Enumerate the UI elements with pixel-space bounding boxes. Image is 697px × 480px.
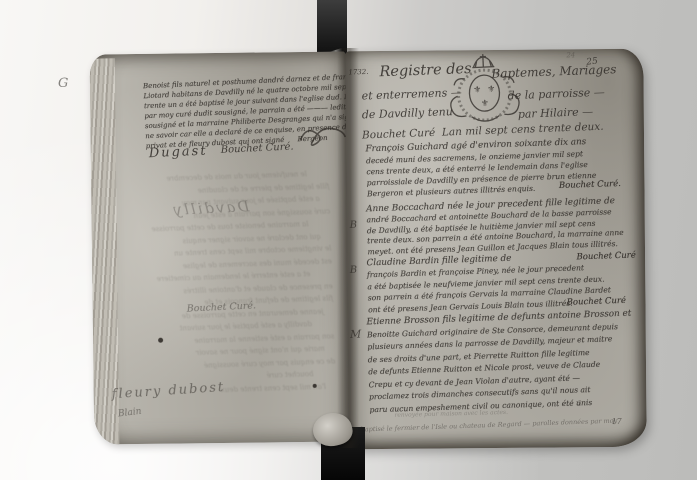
entry-lines: Etienne Brosson fils legitime de defunts…	[366, 308, 635, 417]
bottom-margin-mark: 5	[577, 399, 581, 407]
entry-margin-letter: B	[350, 221, 358, 232]
bottom-scrawl-signature-2: Blain	[118, 407, 143, 420]
page-number: 25	[586, 57, 599, 68]
register-title-line3-left: de Davdilly tenu	[362, 105, 453, 121]
left-page: Benoist fils naturel et posthume dandré …	[90, 51, 351, 444]
baptism-entry-boccachard: B Anne Boccachard née le jour precedent …	[366, 196, 634, 259]
margin-year: 1732.	[348, 68, 368, 77]
bottom-archival-note: baptisé le fermier de l'Isle ou chateau …	[360, 417, 617, 434]
register-title-line3-right: par Hilaire —	[518, 105, 594, 121]
signature-bouchet-cure: Bouchet Curé	[567, 295, 627, 308]
parish-register-photo: G Benoist fils naturel et posthume dandr…	[0, 0, 697, 480]
paraph-flourish-icon	[298, 122, 349, 154]
marriage-entry-brosson-ruitton: M Etienne Brosson fils legitime de defun…	[366, 308, 635, 417]
signature-bouchet-cure: Bouchet Curé.	[220, 141, 293, 155]
burial-entry-guichard: François Guichard agé d'environ soixante…	[365, 136, 633, 200]
ink-blot	[158, 338, 163, 343]
entry-margin-letter: M	[350, 329, 362, 342]
folio-number: 17	[611, 417, 621, 426]
signature-bouchet-cure: Bouchet Curé.	[559, 179, 621, 192]
fleur-de-lis-icon: ⚜	[473, 85, 482, 95]
bleedthrough-heading: Davdilly	[171, 197, 250, 219]
faint-page-number: 24	[566, 51, 575, 59]
fleur-de-lis-icon: ⚜	[481, 99, 490, 109]
margin-mark: G	[58, 76, 68, 91]
entry-lines: Anne Boccachard née le jour precedent fi…	[366, 196, 634, 259]
ink-blot	[313, 384, 317, 388]
signature-dugast: Dugast	[148, 143, 207, 161]
royal-armorial-tax-stamp-icon: ⚜ ⚜ ⚜	[442, 50, 528, 145]
right-page: 1732. Registre des Baptemes, Mariages et…	[345, 49, 646, 450]
fleur-de-lis-icon: ⚜	[487, 85, 496, 95]
baptism-entry-bardin: B Claudine Bardin fille legitime defranç…	[366, 250, 634, 316]
entry-margin-letter: B	[350, 265, 358, 277]
